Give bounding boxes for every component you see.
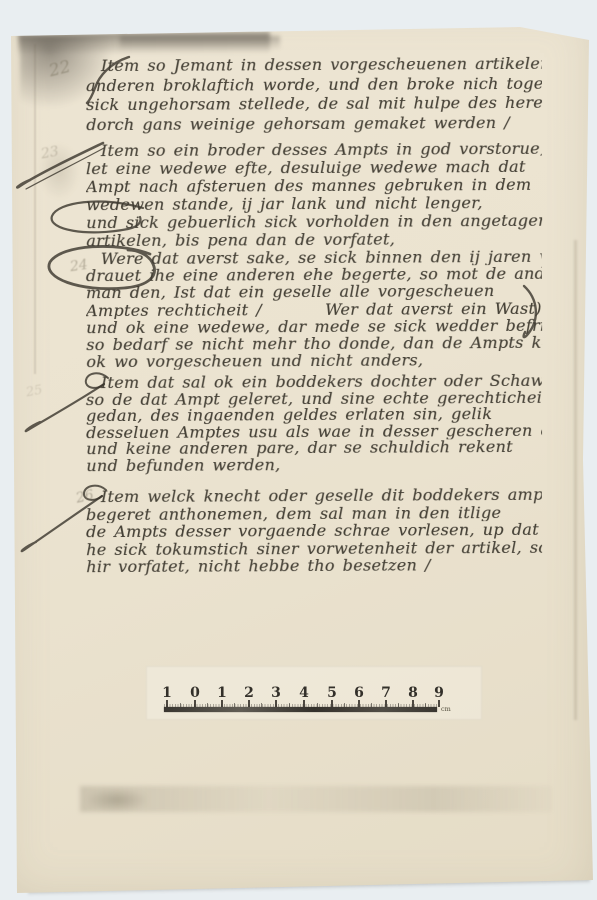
photograph: 22 23 24 25 26 Item so Jemant in dessen … [0, 0, 597, 900]
ruler-tick [438, 700, 440, 707]
ruler-number: 6 [353, 685, 365, 701]
scan-background: 22 23 24 25 26 Item so Jemant in dessen … [0, 0, 597, 900]
manuscript-line: anderen broklaftich worde, und den broke… [86, 73, 542, 95]
manuscript-line: hir vorfatet, nicht hebbe tho besetzen / [86, 556, 542, 576]
ruler-number: 1 [216, 685, 228, 701]
ruler-unit-label: cm [441, 705, 451, 713]
manuscript-line: sick ungehorsam stellede, de sal mit hul… [86, 93, 542, 115]
ruler-number: 4 [298, 685, 310, 701]
bottom-edge-band [80, 786, 552, 812]
ruler-number: 5 [326, 685, 338, 701]
manuscript-paragraph-5: Item welck knecht oder geselle dit bodde… [86, 486, 542, 576]
ruler-number: 1 [161, 685, 173, 701]
ruler-number: 2 [243, 685, 255, 701]
ruler-number: 0 [189, 685, 201, 701]
manuscript-line: Item so ein broder desses Ampts in god v… [86, 140, 542, 160]
manuscript-line: so bedarf se nicht mehr tho donde, dan d… [86, 334, 542, 354]
marginal-number-22: 22 [47, 57, 73, 82]
manuscript-line: Ampt nach afsteruen des mannes gebruken … [86, 176, 542, 196]
manuscript-paragraph-4: Item dat sal ok ein boddekers dochter od… [86, 373, 543, 475]
page-edge-left-line [34, 44, 36, 374]
ruler-number: 7 [380, 685, 392, 701]
marginal-number-23: 23 [40, 144, 60, 163]
manuscript-paragraph-1: Item so Jemant in dessen vorgescheuenen … [86, 54, 542, 134]
manuscript-line: wedewen stande, ij jar lank und nicht le… [86, 194, 542, 214]
marginal-number-25: 25 [25, 383, 44, 401]
manuscript-line: Item so Jemant in dessen vorgescheuenen … [86, 54, 542, 76]
ruler-number: 8 [407, 685, 419, 701]
manuscript-line: ok wo vorgescheuen und nicht anders, [86, 351, 542, 371]
cm-scale-bar: 1 0 1 2 3 4 5 6 7 8 9 [160, 685, 465, 715]
top-streak-smudge [120, 36, 280, 50]
manuscript-line: und befunden werden, [86, 456, 542, 475]
manuscript-line: let eine wedewe efte, desuluige wedewe m… [86, 158, 542, 178]
manuscript-line: artikelen, bis pena dan de vorfatet, [86, 230, 542, 250]
top-edge-smudge [18, 32, 270, 56]
manuscript-line: und keine anderen pare, dar se schuldich… [86, 439, 542, 458]
ruler-number: 9 [433, 685, 445, 701]
manuscript-paragraph-3: Were dat averst sake, se sick binnen den… [86, 248, 543, 371]
manuscript-paragraph-2: Item so ein broder desses Ampts in god v… [86, 140, 543, 250]
page-crease-right [574, 240, 577, 720]
manuscript-line: dorch gans weinige gehorsam gemaket werd… [86, 112, 542, 134]
ruler-number: 3 [270, 685, 282, 701]
manuscript-line: he sick tokumstich siner vorwetenheit de… [86, 539, 542, 559]
manuscript-line: und sick gebuerlich sick vorholden in de… [86, 212, 542, 232]
bottom-left-blot [85, 788, 149, 812]
ruler-baseline-bar [164, 707, 437, 712]
